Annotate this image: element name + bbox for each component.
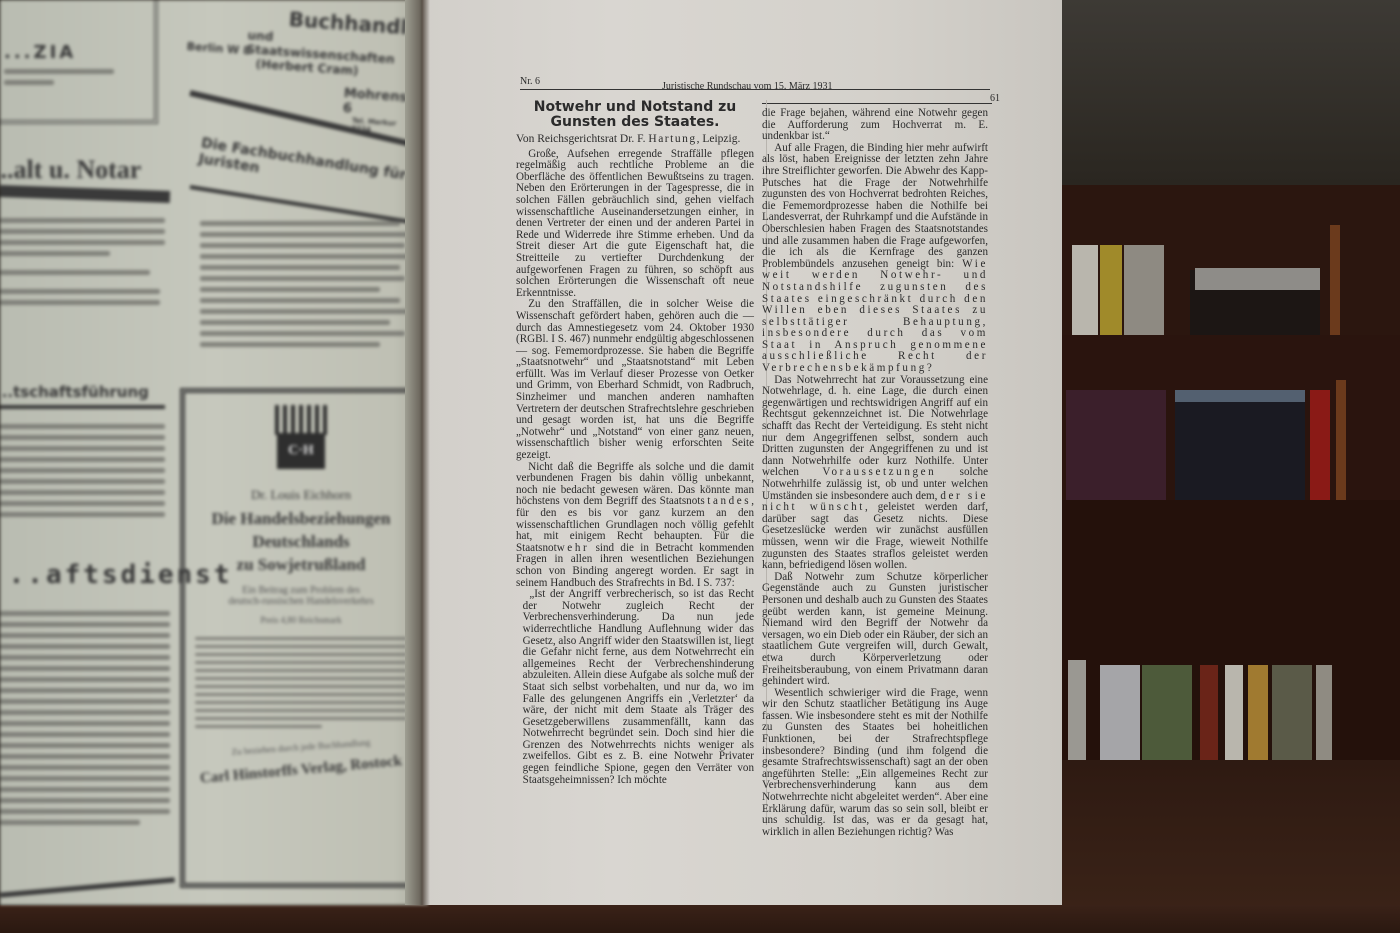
paragraph: Große, Aufsehen erregende Straffälle pfl… (516, 149, 754, 300)
ad-top-left: ...ZIA (0, 0, 158, 124)
header-rule-right (762, 103, 992, 104)
core-question: Wie weit werden Notwehr- und Notstandshi… (762, 258, 988, 374)
article-column-1: Notwehr und Notstand zu Gunsten des Staa… (516, 100, 754, 786)
article-column-2: die Frage bejahen, während eine Notwehr … (762, 108, 988, 838)
wall (1060, 0, 1400, 185)
ad-book-price: Preis 4,80 Reichsmark (185, 615, 417, 625)
ad-notar-heading: ...alt u. Notar (0, 155, 141, 185)
ad-dienst-bottom-rule (0, 877, 175, 897)
paragraph: Das Notwehrrecht hat zur Voraussetzung e… (762, 375, 988, 572)
left-page: ...ZIA Buchhandlung und Staatswissenscha… (0, 0, 428, 905)
paragraph: Daß Notwehr zum Schutze körperlicher Geg… (762, 572, 988, 688)
ad-notar-rule (0, 185, 170, 203)
ad-book-subtitle-1: Ein Beitrag zum Problem des (185, 585, 417, 596)
bookshelf-lower (1060, 500, 1400, 760)
paragraph: die Frage bejahen, während eine Notwehr … (762, 108, 988, 143)
running-header: Nr. 6 Juristische Rundschau vom 15. März… (520, 76, 990, 100)
bookshelf-middle (1060, 335, 1400, 500)
bookshelf-upper (1060, 185, 1400, 335)
ad-top-left-text: ...ZIA (4, 42, 154, 63)
ad-section-rule (0, 405, 165, 409)
publisher-logo-icon: C·H (275, 405, 327, 477)
paragraph: Wesentlich schwieriger wird die Frage, w… (762, 688, 988, 839)
paragraph: Auf alle Fragen, die Binding hier mehr a… (762, 143, 988, 375)
ad-bookshop-body (200, 215, 415, 353)
header-rule (520, 89, 990, 90)
ad-section-heading: ...tschaftsführung (0, 383, 149, 401)
ad-bookshop: Buchhandlung und Staatswissenschaften (H… (181, 0, 424, 146)
article-byline: Von Reichsgerichtsrat Dr. F. Hartung, Le… (516, 134, 754, 146)
right-page: Nr. 6 Juristische Rundschau vom 15. März… (422, 0, 1062, 905)
ad-notar-body (0, 212, 170, 311)
issue-number: Nr. 6 (520, 76, 540, 87)
ad-book-title-2: Deutschlands (185, 532, 417, 552)
ad-book-title-3: zu Sowjetrußland (185, 555, 417, 575)
ad-book-subtitle-2: deutsch-russischen Handelsverkehrs (185, 596, 417, 607)
ad-dienst-body (0, 605, 170, 831)
ad-book: C·H Dr. Louis Eichhorn Die Handelsbezieh… (180, 388, 422, 888)
ad-book-author: Dr. Louis Eichhorn (185, 487, 417, 503)
paragraph: Nicht daß die Begriffe als solche und di… (516, 462, 754, 590)
journal-title: Juristische Rundschau vom 15. März 1931 (662, 81, 833, 92)
ad-book-body (195, 637, 407, 728)
block-quote: „Ist der Angriff verbrecherisch, so ist … (516, 589, 754, 786)
table-edge (0, 905, 1400, 933)
article-title: Notwehr und Notstand zu Gunsten des Staa… (516, 100, 754, 130)
author-name: Hartung (648, 133, 696, 145)
ad-section-body (0, 418, 165, 523)
ad-book-title-1: Die Handelsbeziehungen (185, 509, 417, 529)
paragraph: Zu den Straffällen, die in solcher Weise… (516, 299, 754, 461)
